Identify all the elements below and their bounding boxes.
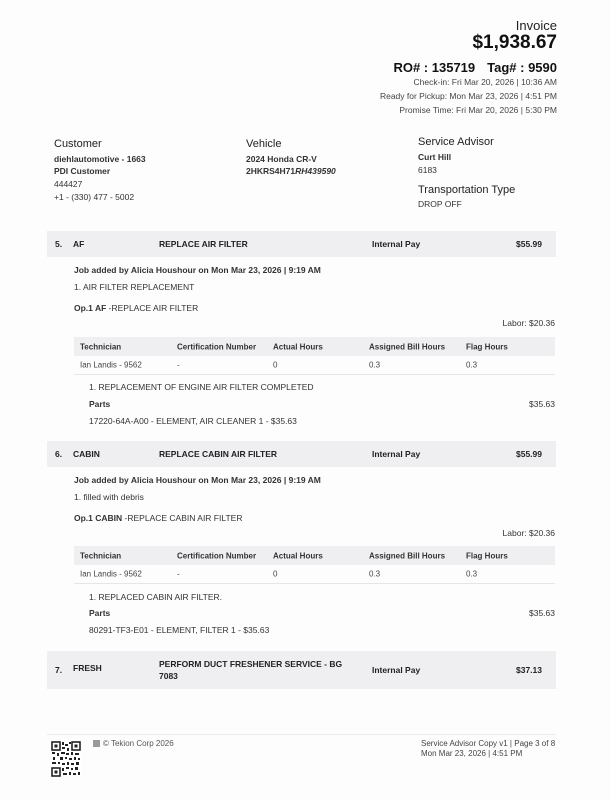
- labor-amount: Labor: $20.36: [503, 318, 555, 328]
- technician-name: Ian Landis - 9562: [80, 570, 142, 579]
- operation-line: Op.1 CABIN -REPLACE CABIN AIR FILTER: [74, 513, 242, 523]
- job-amount: $55.99: [516, 239, 542, 249]
- flag-hours: 0.3: [466, 361, 477, 370]
- vehicle-section: Vehicle 2024 Honda CR-V 2HKRS4H71RH43959…: [246, 138, 336, 177]
- job-amount: $55.99: [516, 449, 542, 459]
- job-code: AF: [73, 239, 84, 249]
- job-header-row: 5. AF REPLACE AIR FILTER Internal Pay $5…: [47, 231, 556, 257]
- check-in-time: Check-in: Fri Mar 20, 2026 | 10:36 AM: [414, 77, 557, 87]
- job-description: REPLACE CABIN AIR FILTER: [159, 449, 277, 459]
- header-actual-hours: Actual Hours: [273, 342, 323, 351]
- job-added-by: Job added by Alicia Houshour on Mon Mar …: [74, 265, 321, 275]
- header-certification: Certification Number: [177, 342, 256, 351]
- header-certification: Certification Number: [177, 551, 256, 560]
- job-description: REPLACE AIR FILTER: [159, 239, 248, 249]
- operation-description: -REPLACE CABIN AIR FILTER: [122, 513, 242, 523]
- service-advisor-name: Curt Hill: [418, 151, 515, 163]
- header-assigned-bill-hours: Assigned Bill Hours: [369, 551, 445, 560]
- flag-hours: 0.3: [466, 570, 477, 579]
- tekion-logo-icon: [93, 740, 100, 747]
- technician-name: Ian Landis - 9562: [80, 361, 142, 370]
- labor-amount: Labor: $20.36: [503, 528, 555, 538]
- job-code: CABIN: [73, 449, 100, 459]
- job-number: 7.: [55, 665, 62, 675]
- ro-number: RO# : 135719: [393, 60, 475, 75]
- customer-section: Customer diehlautomotive - 1663 PDI Cust…: [54, 138, 146, 203]
- customer-phone: +1 - (330) 477 - 5002: [54, 191, 146, 203]
- job-concern: 1. AIR FILTER REPLACEMENT: [74, 282, 194, 292]
- parts-total: $35.63: [529, 608, 555, 618]
- job-header-row: 6. CABIN REPLACE CABIN AIR FILTER Intern…: [47, 441, 556, 467]
- service-advisor-id: 6183: [418, 164, 515, 176]
- job-concern: 1. filled with debris: [74, 492, 144, 502]
- certification-number: -: [177, 570, 180, 579]
- actual-hours: 0: [273, 361, 277, 370]
- job-pay-type: Internal Pay: [372, 665, 420, 675]
- customer-type: PDI Customer: [54, 165, 146, 177]
- header-flag-hours: Flag Hours: [466, 551, 508, 560]
- customer-id: 444427: [54, 178, 146, 190]
- footer-page-info: Service Advisor Copy v1 | Page 3 of 8 Mo…: [421, 739, 555, 759]
- header-technician: Technician: [80, 551, 121, 560]
- operation-description: -REPLACE AIR FILTER: [106, 303, 198, 313]
- parts-label: Parts: [89, 608, 110, 618]
- job-description-line-1: PERFORM DUCT FRESHENER SERVICE - BG: [159, 658, 342, 670]
- ro-tag-line: RO# : 135719Tag# : 9590: [393, 60, 557, 75]
- customer-title: Customer: [54, 138, 146, 150]
- footer-divider: [47, 734, 556, 735]
- operation-code: Op.1 AF: [74, 303, 106, 313]
- part-line: 80291-TF3-E01 - ELEMENT, FILTER 1 - $35.…: [89, 625, 269, 635]
- vehicle-description: 2024 Honda CR-V: [246, 153, 336, 165]
- service-advisor-section: Service Advisor Curt Hill 6183 Transport…: [418, 136, 515, 210]
- part-line: 17220-64A-A00 - ELEMENT, AIR CLEANER 1 -…: [89, 416, 297, 426]
- table-row: Ian Landis - 9562 - 0 0.3 0.3: [74, 356, 555, 375]
- table-header-row: Technician Certification Number Actual H…: [74, 546, 555, 565]
- invoice-total: $1,938.67: [472, 32, 557, 54]
- vehicle-title: Vehicle: [246, 138, 336, 150]
- header-technician: Technician: [80, 342, 121, 351]
- actual-hours: 0: [273, 570, 277, 579]
- table-row: Ian Landis - 9562 - 0 0.3 0.3: [74, 565, 555, 584]
- job-pay-type: Internal Pay: [372, 449, 420, 459]
- vin-suffix: RH439590: [295, 166, 336, 176]
- copy-page-info: Service Advisor Copy v1 | Page 3 of 8: [421, 739, 555, 749]
- job-number: 6.: [55, 449, 62, 459]
- qr-code-icon: [51, 741, 81, 777]
- assigned-bill-hours: 0.3: [369, 570, 380, 579]
- header-assigned-bill-hours: Assigned Bill Hours: [369, 342, 445, 351]
- job-description: PERFORM DUCT FRESHENER SERVICE - BG 7083: [159, 658, 342, 682]
- assigned-bill-hours: 0.3: [369, 361, 380, 370]
- ready-for-pickup-time: Ready for Pickup: Mon Mar 23, 2026 | 4:5…: [380, 91, 557, 101]
- vehicle-vin: 2HKRS4H71RH439590: [246, 165, 336, 177]
- operation-code: Op.1 CABIN: [74, 513, 122, 523]
- promise-time: Promise Time: Fri Mar 20, 2026 | 5:30 PM: [399, 105, 557, 115]
- operation-line: Op.1 AF -REPLACE AIR FILTER: [74, 303, 198, 313]
- job-correction: 1. REPLACED CABIN AIR FILTER.: [89, 592, 222, 602]
- parts-label: Parts: [89, 399, 110, 409]
- certification-number: -: [177, 361, 180, 370]
- job-code: FRESH: [73, 663, 102, 673]
- job-description-line-2: 7083: [159, 670, 342, 682]
- job-pay-type: Internal Pay: [372, 239, 420, 249]
- job-correction: 1. REPLACEMENT OF ENGINE AIR FILTER COMP…: [89, 382, 314, 392]
- table-header-row: Technician Certification Number Actual H…: [74, 337, 555, 356]
- vin-prefix: 2HKRS4H71: [246, 166, 295, 176]
- technician-table: Technician Certification Number Actual H…: [74, 546, 555, 584]
- header-flag-hours: Flag Hours: [466, 342, 508, 351]
- job-header-row: 7. FRESH PERFORM DUCT FRESHENER SERVICE …: [47, 651, 556, 689]
- transportation-title: Transportation Type: [418, 184, 515, 196]
- tag-number: Tag# : 9590: [487, 60, 557, 75]
- job-amount: $37.13: [516, 665, 542, 675]
- parts-total: $35.63: [529, 399, 555, 409]
- transportation-type: DROP OFF: [418, 198, 515, 210]
- customer-name: diehlautomotive - 1663: [54, 153, 146, 165]
- document-type: Invoice: [516, 18, 557, 33]
- printed-timestamp: Mon Mar 23, 2026 | 4:51 PM: [421, 749, 555, 759]
- header-actual-hours: Actual Hours: [273, 551, 323, 560]
- copyright-text: © Tekion Corp 2026: [103, 739, 174, 748]
- job-added-by: Job added by Alicia Houshour on Mon Mar …: [74, 475, 321, 485]
- technician-table: Technician Certification Number Actual H…: [74, 337, 555, 375]
- footer-copyright: © Tekion Corp 2026: [93, 739, 174, 748]
- service-advisor-title: Service Advisor: [418, 136, 515, 148]
- job-number: 5.: [55, 239, 62, 249]
